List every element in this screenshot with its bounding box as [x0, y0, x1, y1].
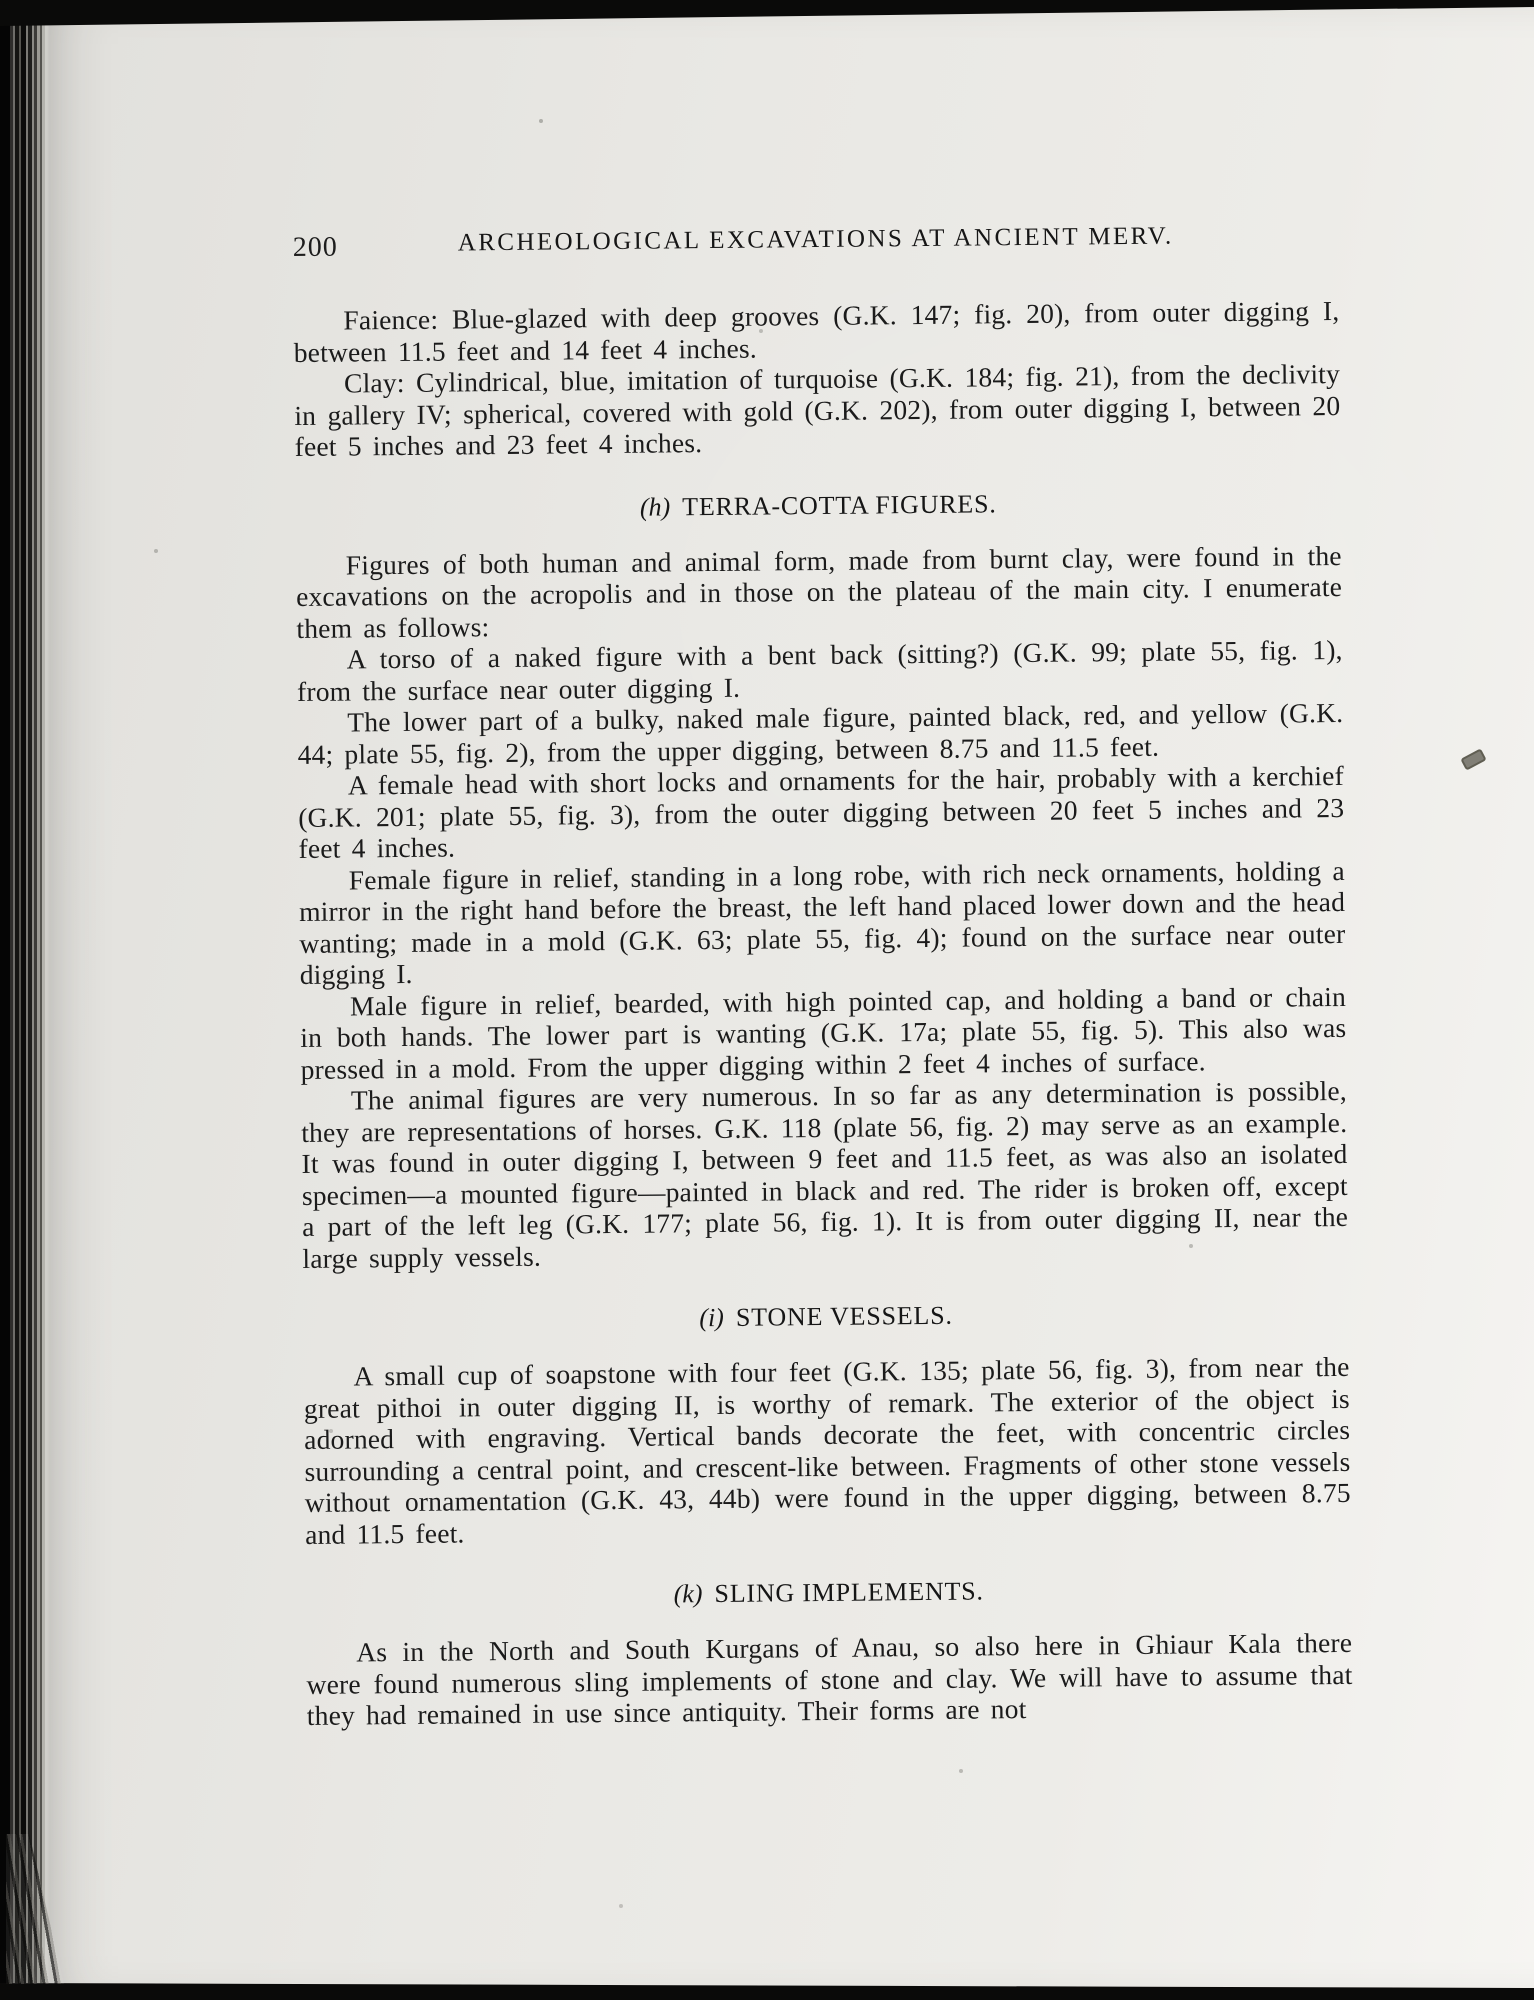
section-letter-k: (k)	[673, 1579, 702, 1608]
paragraph-stone-cup: A small cup of soapstone with four feet …	[303, 1351, 1351, 1550]
section-heading-stone-vessels: (i)STONE VESSELS.	[303, 1297, 1349, 1337]
paragraph-clay: Clay: Cylindrical, blue, imitation of tu…	[294, 358, 1341, 463]
scanned-book-page: 200 ARCHEOLOGICAL EXCAVATIONS AT ANCIENT…	[0, 0, 1534, 2000]
page-content: 200 ARCHEOLOGICAL EXCAVATIONS AT ANCIENT…	[290, 0, 1353, 1731]
running-header: 200 ARCHEOLOGICAL EXCAVATIONS AT ANCIENT…	[293, 221, 1339, 265]
paragraph-faience: Faience: Blue-glazed with deep grooves (…	[293, 295, 1340, 368]
paragraph-sling: As in the North and South Kurgans of Ana…	[306, 1627, 1353, 1732]
section-title-terracotta: TERRA-COTTA FIGURES.	[682, 489, 997, 521]
paragraph-torso: A torso of a naked figure with a bent ba…	[297, 634, 1344, 707]
book-spine-page-stack	[0, 0, 50, 2000]
paper-specks	[0, 0, 2, 2]
section-letter-i: (i)	[699, 1303, 724, 1332]
section-letter-h: (h)	[640, 492, 671, 521]
paragraph-female-head: A female head with short locks and ornam…	[298, 760, 1345, 865]
paragraph-animal-figures: The animal figures are very numerous. In…	[301, 1075, 1349, 1274]
section-heading-terracotta: (h)TERRA-COTTA FIGURES.	[295, 485, 1341, 525]
paragraph-male-figure: Male figure in relief, bearded, with hig…	[300, 980, 1347, 1085]
page-number: 200	[293, 232, 338, 264]
section-heading-sling-implements: (k)SLING IMPLEMENTS.	[306, 1573, 1352, 1613]
section-title-stone-vessels: STONE VESSELS.	[736, 1301, 953, 1332]
running-title: ARCHEOLOGICAL EXCAVATIONS AT ANCIENT MER…	[293, 221, 1339, 259]
paragraph-female-figure: Female figure in relief, standing in a l…	[299, 854, 1346, 990]
paragraph-lower-part: The lower part of a bulky, naked male fi…	[297, 697, 1344, 770]
paragraph-figures-intro: Figures of both human and animal form, m…	[296, 539, 1343, 644]
section-title-sling-implements: SLING IMPLEMENTS.	[714, 1576, 984, 1608]
